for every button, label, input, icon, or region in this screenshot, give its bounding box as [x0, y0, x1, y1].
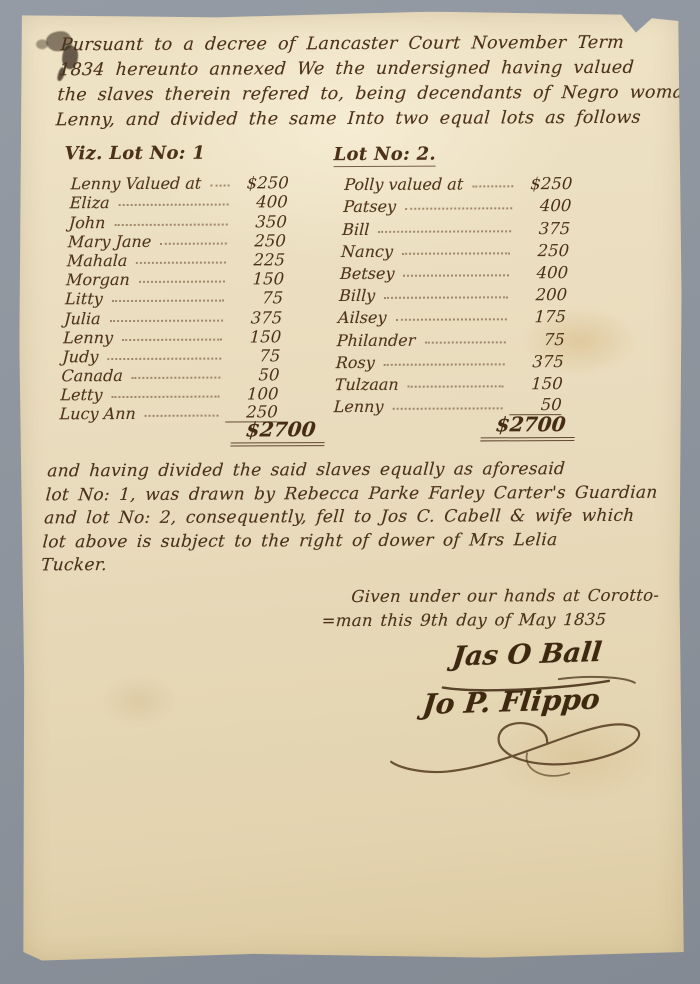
valuation-amount: 150: [510, 374, 563, 393]
dotted-leader: [395, 319, 507, 321]
valuation-row: Bill375: [342, 215, 571, 238]
valuation-row: Nancy250: [341, 238, 570, 261]
valuation-amount: 250: [233, 231, 286, 250]
valuation-amount: $250: [520, 174, 573, 193]
dotted-leader: [112, 300, 224, 302]
person-name: Philander: [336, 330, 415, 349]
valuation-amount: 400: [519, 196, 572, 215]
person-name: Judy: [62, 347, 99, 366]
valuation-amount: 250: [517, 241, 570, 260]
valuation-amount: 400: [516, 263, 569, 282]
dotted-leader: [122, 338, 222, 340]
dotted-leader: [111, 396, 219, 398]
valuation-row: Lenny150: [63, 327, 282, 347]
valuation-row: Rosy375: [335, 349, 564, 372]
valuation-amount: 50: [227, 365, 280, 384]
person-name: Patsey: [343, 197, 397, 216]
valuation-row: Julia375: [64, 308, 283, 328]
valuation-row: John350: [68, 212, 287, 232]
valuation-amount: 100: [226, 385, 279, 404]
person-name: Lenny Valued at: [70, 174, 202, 194]
lot1-valuation-list: Lenny Valued at$250Eliza400John350Mary J…: [59, 173, 289, 423]
valuation-amount: 200: [515, 285, 568, 304]
dotted-leader: [403, 274, 509, 276]
dotted-leader: [210, 185, 229, 187]
valuation-row: Patsey400: [343, 193, 572, 216]
lot1-total: $2700: [230, 417, 327, 446]
valuation-row: Mahala225: [67, 250, 286, 270]
person-name: Billy: [339, 286, 376, 305]
person-name: Letty: [60, 385, 103, 404]
valuation-amount: 150: [229, 327, 282, 346]
person-name: Julia: [64, 309, 101, 328]
text-line: Lenny, and divided the same Into two equ…: [55, 106, 669, 134]
dotted-leader: [139, 281, 225, 283]
person-name: Morgan: [66, 270, 131, 289]
person-name: Mahala: [67, 251, 128, 270]
person-name: Lenny: [333, 397, 384, 416]
person-name: Polly valued at: [344, 175, 464, 195]
valuation-amount: 400: [235, 193, 288, 212]
valuation-row: Letty100: [60, 384, 279, 404]
intro-paragraph: Pursuant to a decree of Lancaster Court …: [55, 31, 674, 134]
person-name: Lenny: [63, 328, 114, 347]
valuation-amount: 75: [231, 289, 284, 308]
text-line: =man this 9th day of May 1835: [321, 608, 659, 633]
person-name: Mary Jane: [67, 232, 151, 251]
valuation-row: Philander75: [336, 326, 565, 349]
valuation-amount: 150: [232, 269, 285, 288]
valuation-row: Mary Jane250: [67, 231, 286, 251]
signature-ball: Jas O Ball: [451, 637, 604, 673]
valuation-row: Polly valued at$250: [344, 171, 573, 194]
dotted-leader: [402, 252, 510, 254]
text-line: lot No: 1, was drawn by Rebecca Parke Fa…: [45, 481, 675, 507]
person-name: Betsey: [340, 264, 395, 283]
dotted-leader: [424, 341, 506, 343]
valuation-row: Tulzaan150: [334, 371, 563, 394]
text-line: and having divided the said slaves equal…: [46, 458, 676, 484]
dotted-leader: [408, 385, 504, 387]
dotted-leader: [145, 415, 219, 417]
valuation-row: Betsey400: [340, 260, 569, 283]
manuscript-page: Pursuant to a decree of Lancaster Court …: [18, 11, 685, 964]
dotted-leader: [132, 377, 221, 379]
valuation-amount: 225: [233, 250, 286, 269]
person-name: John: [68, 213, 106, 232]
person-name: Canada: [61, 366, 123, 385]
person-name: Rosy: [335, 353, 375, 372]
person-name: Ailsey: [338, 308, 387, 327]
dotted-leader: [472, 185, 513, 187]
dotted-leader: [384, 363, 505, 366]
lot2-header: Lot No: 2.: [334, 144, 437, 167]
lot2-valuation-list: Polly valued at$250Patsey400Bill375Nancy…: [333, 171, 573, 416]
valuation-amount: 75: [228, 346, 281, 365]
valuation-row: Canada50: [61, 365, 280, 385]
person-name: Lucy Ann: [59, 404, 136, 423]
valuation-amount: $250: [236, 173, 289, 192]
dotted-leader: [378, 230, 511, 233]
valuation-row: Lenny Valued at$250: [70, 173, 289, 193]
valuation-amount: 375: [518, 219, 571, 238]
person-name: Eliza: [69, 193, 110, 212]
person-name: Nancy: [341, 242, 394, 261]
dotted-leader: [119, 204, 229, 206]
text-line: Tucker.: [40, 552, 670, 578]
person-name: Tulzaan: [334, 375, 399, 394]
signature-flourish: [387, 713, 687, 786]
dotted-leader: [114, 223, 227, 225]
dotted-leader: [160, 242, 227, 244]
dotted-leader: [110, 319, 224, 321]
text-line: the slaves therein refered to, being dec…: [57, 81, 671, 109]
text-line: Given under our hands at Corotto-: [323, 584, 661, 609]
valuation-amount: 75: [512, 330, 565, 349]
valuation-row: Eliza400: [69, 192, 288, 212]
text-line: 1834 hereunto annexed We the undersigned…: [58, 56, 672, 84]
attestation: Given under our hands at Corotto-=man th…: [321, 584, 660, 633]
dotted-leader: [136, 261, 226, 263]
valuation-row: Judy75: [62, 346, 281, 366]
valuation-row: Billy200: [339, 282, 568, 305]
person-name: Litty: [65, 289, 104, 308]
dotted-leader: [392, 407, 502, 409]
closing-paragraph: and having divided the said slaves equal…: [40, 458, 676, 578]
dotted-leader: [405, 208, 512, 210]
dotted-leader: [384, 296, 508, 299]
valuation-amount: 375: [230, 308, 283, 327]
text-line: lot above is subject to the right of dow…: [42, 528, 672, 554]
person-name: Bill: [342, 219, 370, 238]
valuation-row: Litty75: [65, 288, 284, 308]
lot1-header: Viz. Lot No: 1: [64, 143, 205, 165]
dotted-leader: [107, 357, 221, 359]
valuation-amount: 175: [514, 307, 567, 326]
valuation-amount: 350: [234, 212, 287, 231]
lot2-total: $2700: [480, 412, 577, 441]
text-line: Pursuant to a decree of Lancaster Court …: [60, 31, 674, 59]
valuation-row: Morgan150: [66, 269, 285, 289]
valuation-amount: 375: [511, 352, 564, 371]
valuation-row: Ailsey175: [338, 304, 567, 327]
text-line: and lot No: 2, consequently, fell to Jos…: [43, 505, 673, 531]
